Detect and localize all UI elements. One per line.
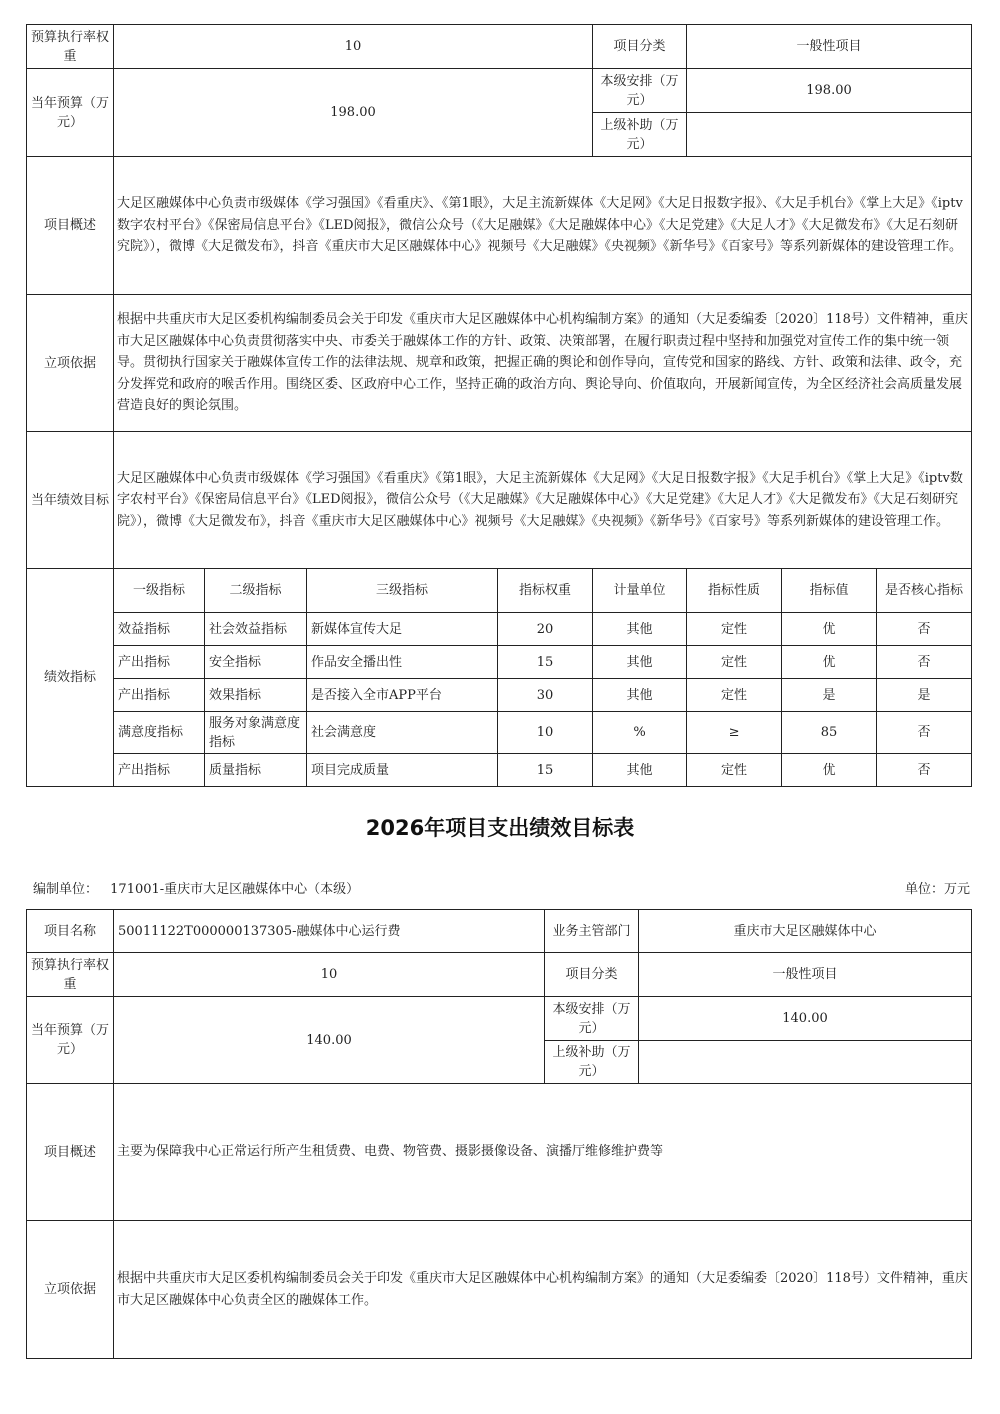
category-value: 一般性项目 [639,953,972,997]
overview-text: 主要为保障我中心正常运行所产生租赁费、电费、物管费、摄影摄像设备、演播厅维修维护… [114,1084,972,1221]
weight-value: 10 [114,25,593,69]
is-core: 否 [877,646,972,679]
level2: 服务对象满意度指标 [205,712,307,754]
project-name-label: 项目名称 [27,910,114,953]
level1: 效益指标 [114,613,205,646]
level1: 产出指标 [114,679,205,712]
unit: 其他 [593,679,687,712]
metrics-header: 指标性质 [687,569,782,613]
nature: 定性 [687,679,782,712]
is-core: 否 [877,613,972,646]
overview-text: 大足区融媒体中心负责市级媒体《学习强国》《看重庆》、《第1眼》，大足主流新媒体《… [114,157,972,295]
unit: 其他 [593,754,687,787]
category-label: 项目分类 [545,953,639,997]
subsidy-value [687,113,972,157]
unit: 其他 [593,613,687,646]
unit-org-value: 171001-重庆市大足区融媒体中心（本级） [110,882,359,897]
level2: 效果指标 [205,679,307,712]
weight: 15 [498,754,593,787]
unit: 其他 [593,646,687,679]
metrics-header: 计量单位 [593,569,687,613]
weight: 10 [498,712,593,754]
value: 85 [782,712,877,754]
weight-value: 10 [114,953,545,997]
weight: 30 [498,679,593,712]
subsidy-label: 上级补助（万元） [545,1041,639,1084]
basis-label: 立项依据 [27,295,114,432]
subsidy-value [639,1041,972,1084]
metrics-header: 三级指标 [307,569,498,613]
goal-label: 当年绩效目标 [27,432,114,569]
dept-value: 重庆市大足区融媒体中心 [639,910,972,953]
level3: 是否接入全市APP平台 [307,679,498,712]
overview-label: 项目概述 [27,157,114,295]
budget-value: 198.00 [114,69,593,157]
level3: 社会满意度 [307,712,498,754]
overview-label: 项目概述 [27,1084,114,1221]
nature: ≥ [687,712,782,754]
value: 优 [782,754,877,787]
table-row: 产出指标 质量指标 项目完成质量 15 其他 定性 优 否 [27,754,972,787]
is-core: 是 [877,679,972,712]
level1: 产出指标 [114,646,205,679]
is-core: 否 [877,712,972,754]
level2: 社会效益指标 [205,613,307,646]
local-value: 140.00 [639,997,972,1041]
unit-org: 编制单位： 171001-重庆市大足区融媒体中心（本级） [33,878,359,897]
value: 优 [782,613,877,646]
value: 是 [782,679,877,712]
unit-org-label: 编制单位： [33,882,98,897]
weight-label: 预算执行率权重 [27,25,114,69]
subsidy-label: 上级补助（万元） [593,113,687,157]
level3: 作品安全播出性 [307,646,498,679]
local-value: 198.00 [687,69,972,113]
budget-label: 当年预算（万元） [27,997,114,1084]
nature: 定性 [687,646,782,679]
table-row: 效益指标 社会效益指标 新媒体宣传大足 20 其他 定性 优 否 [27,613,972,646]
basis-label: 立项依据 [27,1221,114,1359]
level3: 新媒体宣传大足 [307,613,498,646]
table-row: 满意度指标 服务对象满意度指标 社会满意度 10 % ≥ 85 否 [27,712,972,754]
level2: 质量指标 [205,754,307,787]
metrics-label: 绩效指标 [27,569,114,787]
level2: 安全指标 [205,646,307,679]
level1: 满意度指标 [114,712,205,754]
level3: 项目完成质量 [307,754,498,787]
local-label: 本级安排（万元） [593,69,687,113]
unit: % [593,712,687,754]
metrics-header: 二级指标 [205,569,307,613]
metrics-header: 是否核心指标 [877,569,972,613]
currency-unit: 单位：万元 [905,878,970,897]
page-title: 2026年项目支出绩效目标表 [0,812,1000,842]
performance-table-2: 项目名称 50011122T000000137305-融媒体中心运行费 业务主管… [26,909,972,1359]
table-row: 产出指标 效果指标 是否接入全市APP平台 30 其他 定性 是 是 [27,679,972,712]
basis-text: 根据中共重庆市大足区委机构编制委员会关于印发《重庆市大足区融媒体中心机构编制方案… [114,1221,972,1359]
metrics-header: 指标值 [782,569,877,613]
nature: 定性 [687,754,782,787]
local-label: 本级安排（万元） [545,997,639,1041]
value: 优 [782,646,877,679]
weight: 15 [498,646,593,679]
dept-label: 业务主管部门 [545,910,639,953]
category-value: 一般性项目 [687,25,972,69]
metrics-header: 指标权重 [498,569,593,613]
performance-table-1: 预算执行率权重 10 项目分类 一般性项目 当年预算（万元） 198.00 本级… [26,24,972,787]
goal-text: 大足区融媒体中心负责市级媒体《学习强国》《看重庆》《第1眼》，大足主流新媒体《大… [114,432,972,569]
nature: 定性 [687,613,782,646]
basis-text: 根据中共重庆市大足区委机构编制委员会关于印发《重庆市大足区融媒体中心机构编制方案… [114,295,972,432]
metrics-header: 一级指标 [114,569,205,613]
budget-value: 140.00 [114,997,545,1084]
category-label: 项目分类 [593,25,687,69]
project-name-value: 50011122T000000137305-融媒体中心运行费 [114,910,545,953]
is-core: 否 [877,754,972,787]
level1: 产出指标 [114,754,205,787]
budget-label: 当年预算（万元） [27,69,114,157]
weight: 20 [498,613,593,646]
weight-label: 预算执行率权重 [27,953,114,997]
table-row: 产出指标 安全指标 作品安全播出性 15 其他 定性 优 否 [27,646,972,679]
